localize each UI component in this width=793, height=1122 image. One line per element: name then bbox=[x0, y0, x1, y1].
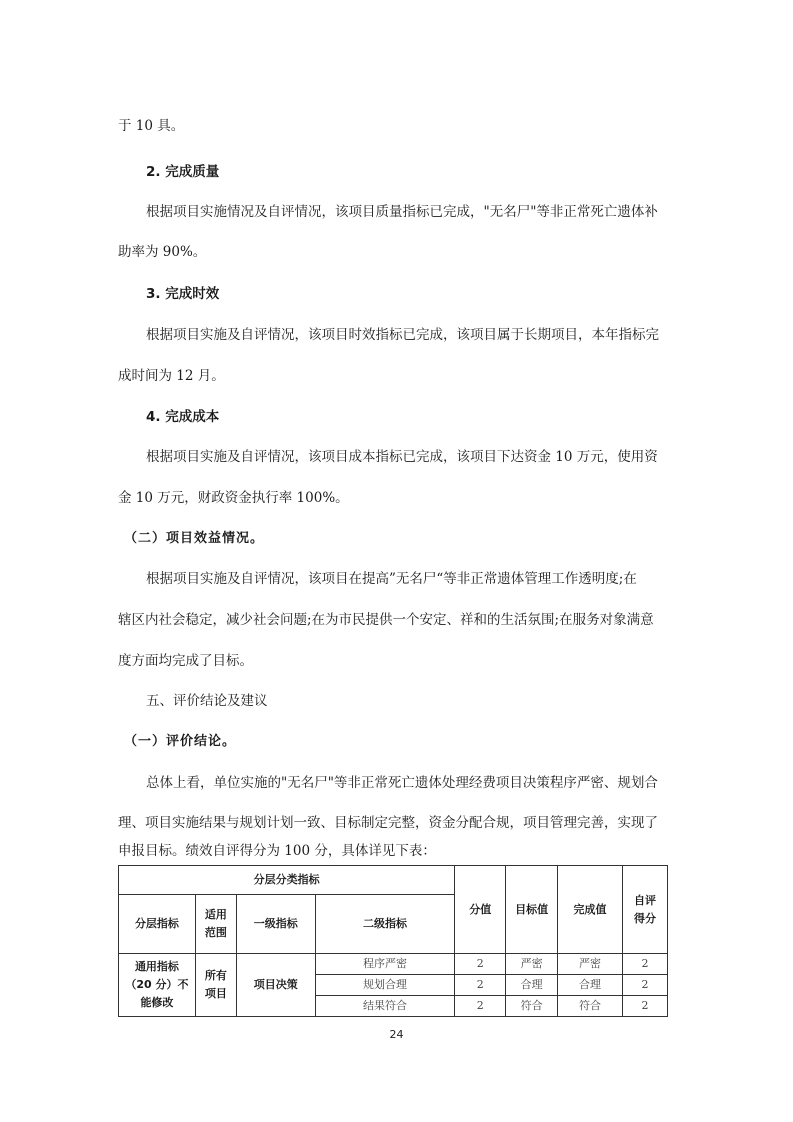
paragraph: 辖区内社会稳定，减少社会问题;在为市民提供一个安定、祥和的生活氛围;在服务对象满… bbox=[118, 610, 674, 630]
heading-benefits: （二）项目效益情况。 bbox=[124, 529, 680, 549]
actual-cell: 合理 bbox=[558, 975, 623, 996]
target-cell: 合理 bbox=[506, 975, 558, 996]
paragraph: 根据项目实施及自评情况，该项目成本指标已完成，该项目下达资金 10 万元，使用资 bbox=[146, 447, 702, 467]
paragraph: 金 10 万元，财政资金执行率 100%。 bbox=[118, 488, 674, 508]
self-score-cell: 2 bbox=[622, 996, 667, 1017]
header-score: 分值 bbox=[455, 866, 506, 954]
header-level1: 一级指标 bbox=[236, 895, 315, 954]
score-cell: 2 bbox=[455, 996, 506, 1017]
page-number: 24 bbox=[0, 1028, 793, 1041]
header-target: 目标值 bbox=[506, 866, 558, 954]
score-cell: 2 bbox=[455, 975, 506, 996]
paragraph: 理、项目实施结果与规划计划一致、目标制定完整，资金分配合规，项目管理完善，实现了 bbox=[118, 813, 674, 833]
paragraph: 根据项目实施及自评情况，该项目在提高”无名尸“等非正常遗体管理工作透明度;在 bbox=[146, 569, 702, 589]
level2-cell: 结果符合 bbox=[315, 996, 455, 1017]
paragraph: 于 10 具。 bbox=[118, 116, 674, 136]
score-cell: 2 bbox=[455, 954, 506, 975]
heading-cost: 4. 完成成本 bbox=[146, 407, 702, 427]
self-score-cell: 2 bbox=[622, 975, 667, 996]
table-row: 通用指标（20 分）不能修改 所有项目 项目决策 程序严密 2 严密 严密 2 bbox=[119, 954, 668, 975]
paragraph: 总体上看，单位实施的"无名尸"等非正常死亡遗体处理经费项目决策程序严密、规划合 bbox=[146, 773, 702, 793]
paragraph: 成时间为 12 月。 bbox=[118, 366, 674, 386]
header-scope: 适用范围 bbox=[195, 895, 236, 954]
heading-conclusion: （一）评价结论。 bbox=[124, 732, 680, 752]
paragraph: 度方面均完成了目标。 bbox=[118, 651, 674, 671]
header-self-score: 自评得分 bbox=[622, 866, 667, 954]
level2-cell: 程序严密 bbox=[315, 954, 455, 975]
level1-cell: 项目决策 bbox=[236, 954, 315, 1017]
paragraph: 申报目标。绩效自评得分为 100 分，具体详见下表： bbox=[118, 841, 674, 861]
header-level2: 二级指标 bbox=[315, 895, 455, 954]
header-layer: 分层指标 bbox=[119, 895, 196, 954]
paragraph: 根据项目实施情况及自评情况，该项目质量指标已完成，"无名尸"等非正常死亡遗体补 bbox=[146, 202, 702, 222]
level2-cell: 规划合理 bbox=[315, 975, 455, 996]
heading-quality: 2. 完成质量 bbox=[146, 162, 702, 182]
actual-cell: 符合 bbox=[558, 996, 623, 1017]
target-cell: 符合 bbox=[506, 996, 558, 1017]
paragraph: 助率为 90%。 bbox=[118, 242, 674, 262]
scope-cell: 所有项目 bbox=[195, 954, 236, 1017]
target-cell: 严密 bbox=[506, 954, 558, 975]
heading-section-five: 五、评价结论及建议 bbox=[146, 691, 702, 711]
paragraph: 根据项目实施及自评情况，该项目时效指标已完成，该项目属于长期项目，本年指标完 bbox=[146, 325, 702, 345]
self-score-cell: 2 bbox=[622, 954, 667, 975]
group-header: 分层分类指标 bbox=[119, 866, 455, 895]
layer-cell: 通用指标（20 分）不能修改 bbox=[119, 954, 196, 1017]
actual-cell: 严密 bbox=[558, 954, 623, 975]
self-evaluation-table: 分层分类指标 分值 目标值 完成值 自评得分 分层指标 适用范围 一级指标 二级… bbox=[118, 865, 668, 1017]
heading-timeliness: 3. 完成时效 bbox=[146, 284, 702, 304]
header-actual: 完成值 bbox=[558, 866, 623, 954]
